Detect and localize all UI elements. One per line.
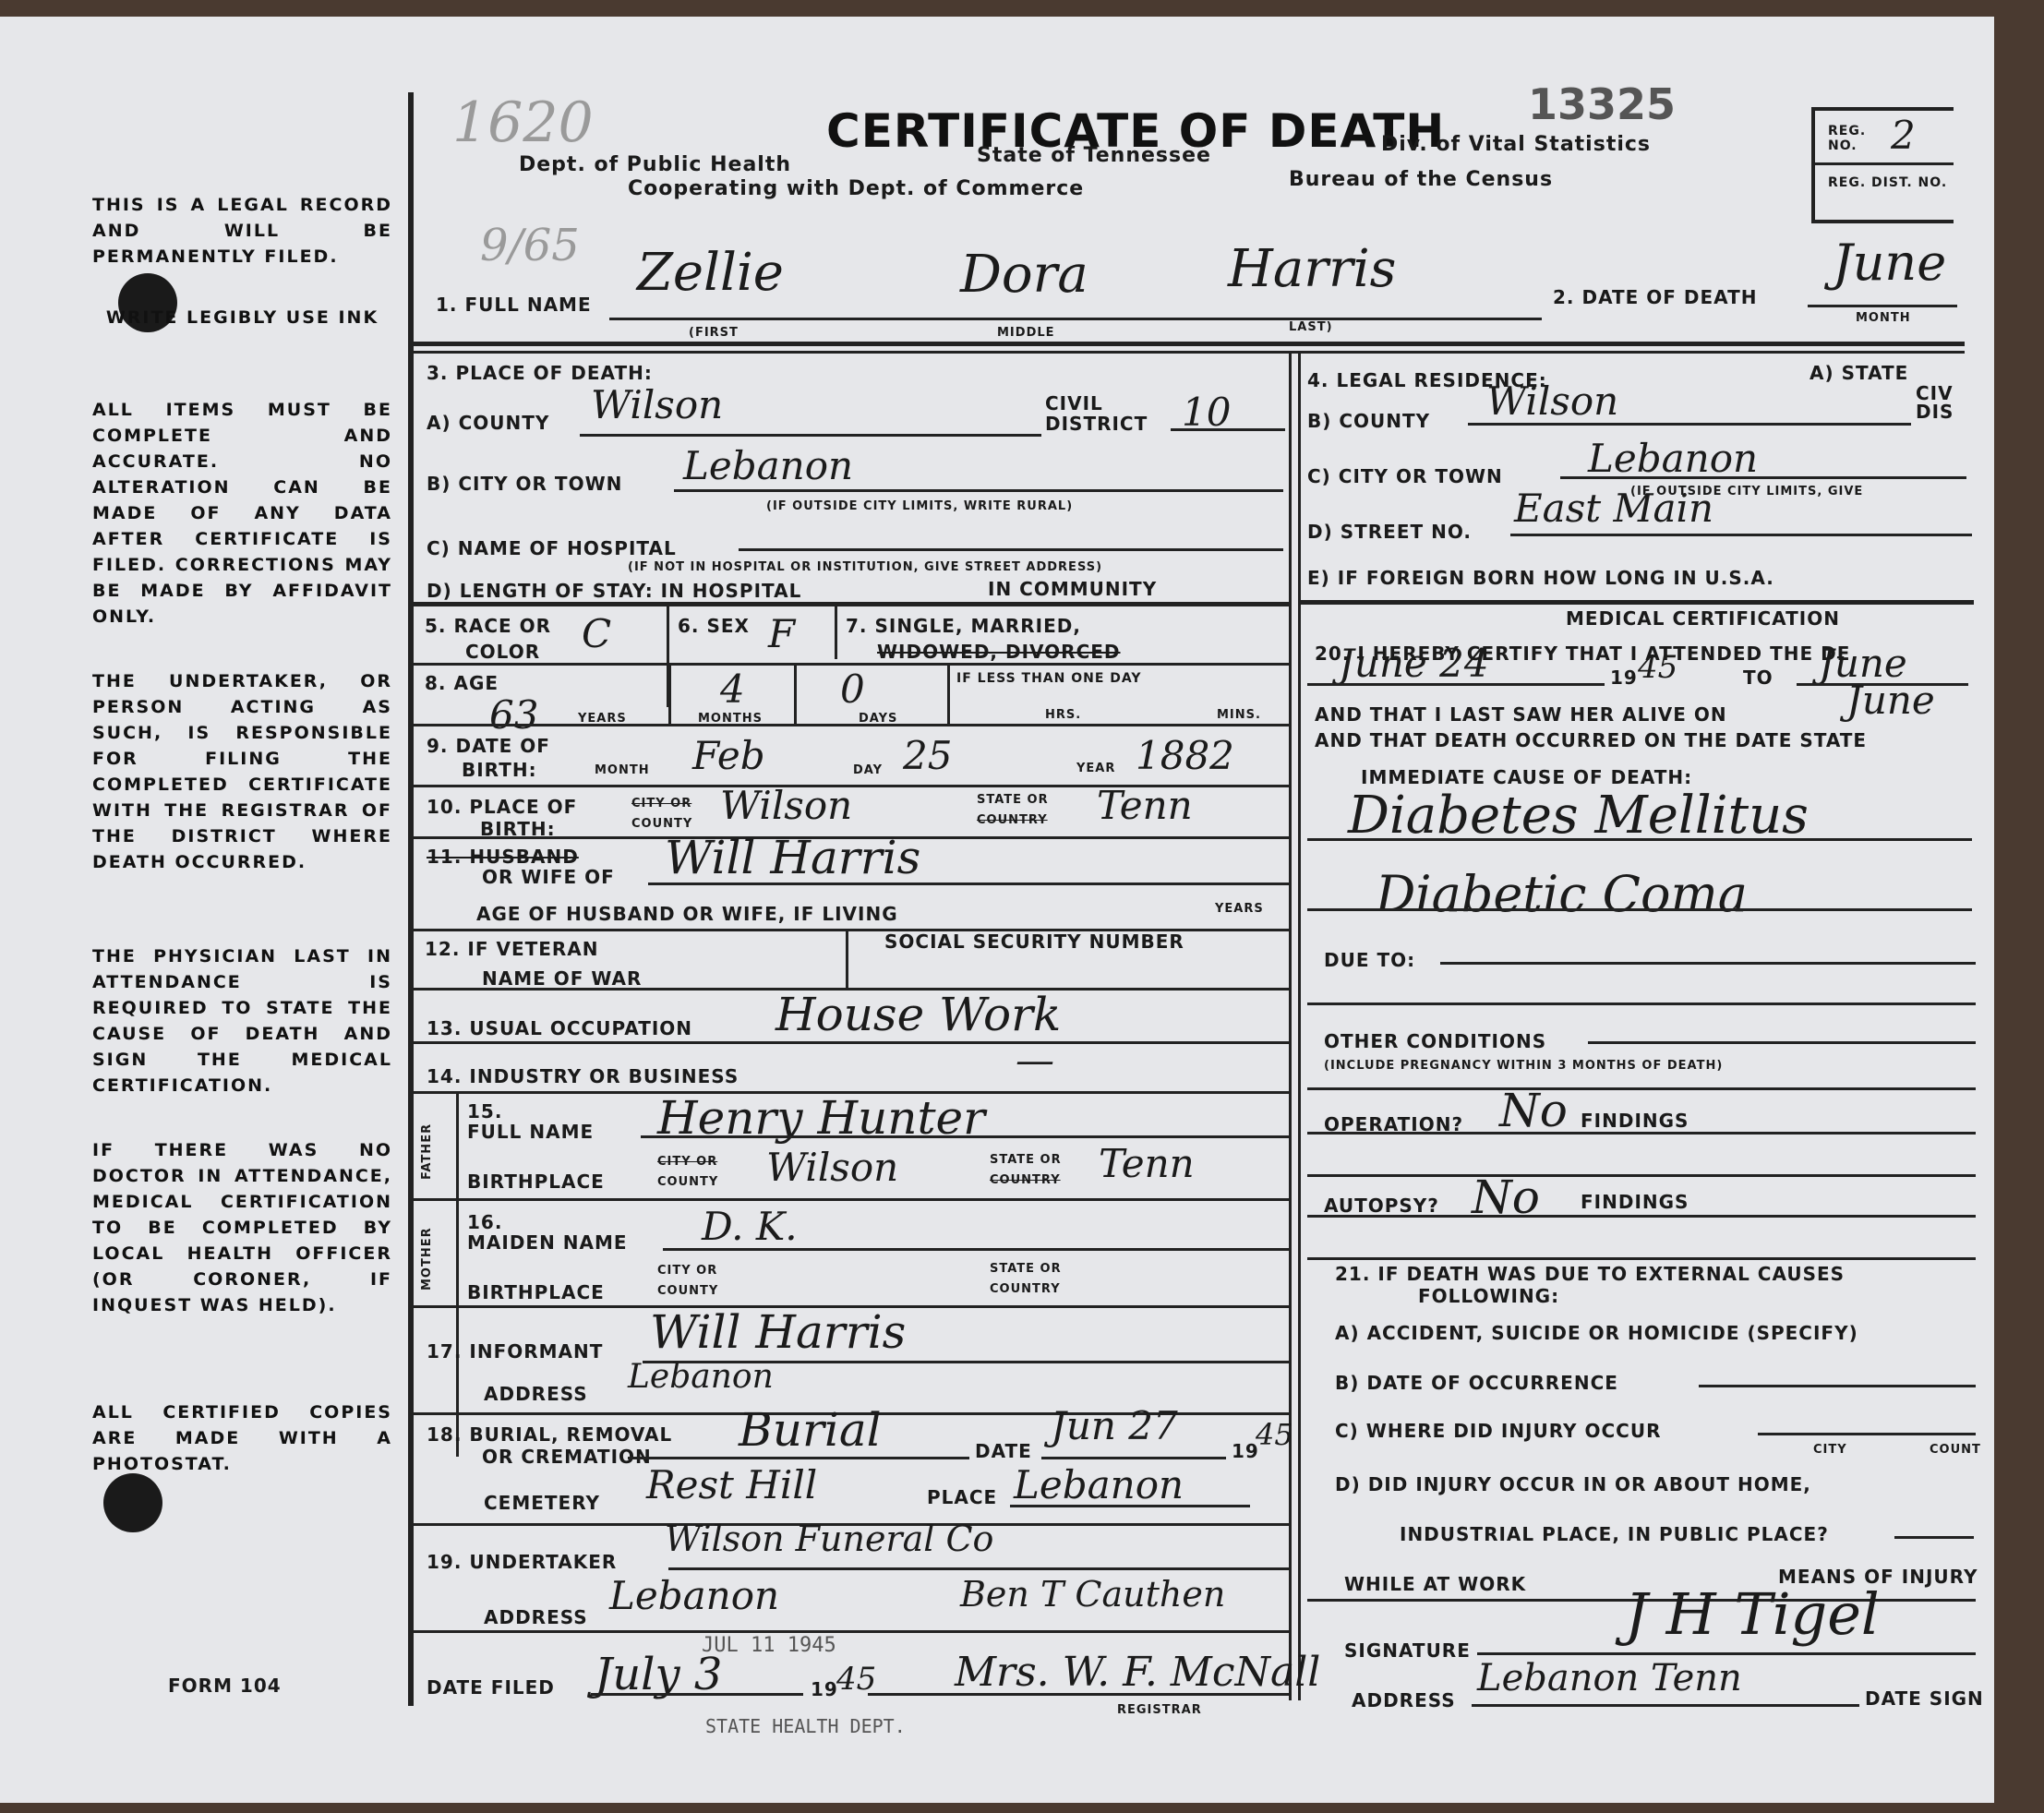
pencil-note: 1620: [452, 90, 594, 155]
occurrence-date-label: B) DATE OF OCCURRENCE: [1335, 1374, 1618, 1392]
cause-of-death-2: Diabetic Coma: [1376, 870, 1748, 919]
state-health-stamp: STATE HEALTH DEPT.: [705, 1715, 906, 1737]
burial-date-value: Jun 27: [1051, 1407, 1178, 1446]
father-county-value: Wilson: [766, 1148, 898, 1187]
mother-county-label: COUNTY: [657, 1285, 718, 1297]
autopsy-findings-label: FINDINGS: [1581, 1193, 1689, 1211]
dob-label-1: 9. DATE OF: [427, 737, 550, 755]
street-value: East Main: [1514, 489, 1713, 528]
pob-country-label: COUNTRY: [977, 814, 1048, 826]
in-community-label: IN COMMUNITY: [988, 580, 1157, 598]
spouse-value: Will Harris: [665, 834, 920, 881]
instruction-complete-accurate: ALL ITEMS MUST BE COMPLETE AND ACCURATE.…: [92, 397, 392, 630]
physician-signature: J H Tigel: [1625, 1586, 1880, 1643]
father-city-label: CITY OR: [657, 1156, 717, 1168]
undertaker-value: Wilson Funeral Co: [665, 1521, 993, 1556]
cemetery-value: Rest Hill: [646, 1466, 817, 1505]
date-filed-label: DATE FILED: [427, 1678, 555, 1697]
pob-state-value: Tenn: [1097, 786, 1193, 825]
instruction-physician: THE PHYSICIAN LAST IN ATTENDANCE IS REQU…: [92, 943, 392, 1099]
operation-label: OPERATION?: [1324, 1115, 1463, 1134]
color-label: COLOR: [465, 642, 540, 661]
father-country-label: COUNTRY: [990, 1174, 1061, 1186]
res-civ-dis-label: CIV DIS: [1916, 384, 1953, 421]
informant-address-label: ADDRESS: [484, 1385, 588, 1403]
pod-county-value: Wilson: [591, 386, 723, 425]
age-days-value: 0: [840, 670, 865, 709]
attended-from-date: June 24: [1339, 644, 1489, 683]
civil-district-value: 10: [1182, 393, 1231, 432]
undertaker-signature: Ben T Cauthen: [960, 1577, 1225, 1612]
war-label: NAME OF WAR: [482, 969, 642, 988]
external-causes-label: 21. IF DEATH WAS DUE TO EXTERNAL CAUSES: [1335, 1265, 1845, 1283]
pob-label-2: BIRTH:: [480, 820, 556, 838]
street-label: D) STREET NO.: [1307, 522, 1472, 541]
reg-no-value: 2: [1891, 116, 1916, 155]
last-seen-date: June: [1846, 681, 1935, 720]
pob-state-label: STATE OR: [977, 794, 1049, 806]
last-label: LAST): [1289, 321, 1333, 333]
form-number: FORM 104: [168, 1676, 282, 1695]
last-name-value: Harris: [1228, 244, 1396, 295]
mother-country-label: COUNTRY: [990, 1283, 1061, 1295]
middle-name-value: Dora: [960, 249, 1088, 301]
dob-label-2: BIRTH:: [462, 761, 537, 779]
wife-of-label: OR WIFE OF: [482, 868, 615, 886]
dob-day-label: DAY: [853, 764, 883, 776]
father-side-label: FATHER: [421, 1123, 433, 1180]
dept-public-health: Dept. of Public Health: [519, 155, 791, 175]
first-label: (FIRST: [689, 327, 739, 339]
sex-label: 6. SEX: [678, 617, 750, 635]
date-of-death-label: 2. DATE OF DEATH: [1553, 288, 1757, 306]
instruction-photostat: ALL CERTIFIED COPIES ARE MADE WITH A PHO…: [92, 1399, 392, 1477]
filed-year-prefix: 19: [811, 1680, 838, 1699]
father-state-label: STATE OR: [990, 1154, 1062, 1166]
burial-label-2: OR CREMATION: [482, 1447, 652, 1466]
form-border: [408, 92, 414, 1706]
res-city-value: Lebanon: [1588, 439, 1758, 478]
instruction-write-legibly: WRITE LEGIBLY USE INK: [92, 305, 392, 330]
less-than-day-label: IF LESS THAN ONE DAY: [956, 672, 1142, 685]
mother-num: 16.: [467, 1213, 502, 1231]
operation-findings-label: FINDINGS: [1581, 1111, 1689, 1130]
pob-label-1: 10. PLACE OF: [427, 798, 577, 816]
month-label: MONTH: [1856, 312, 1911, 324]
dob-month-label: MONTH: [595, 764, 650, 776]
accident-label: A) ACCIDENT, SUICIDE OR HOMICIDE (SPECIF…: [1335, 1324, 1858, 1342]
pod-city-label: B) CITY OR TOWN: [427, 474, 622, 493]
certificate-paper: THIS IS A LEGAL RECORD AND WILL BE PERMA…: [0, 17, 1994, 1803]
pob-county-value: Wilson: [720, 786, 852, 825]
due-to-label: DUE TO:: [1324, 951, 1415, 969]
informant-address-value: Lebanon: [628, 1361, 774, 1394]
cooperating-commerce: Cooperating with Dept. of Commerce: [628, 179, 1084, 199]
physician-address-label: ADDRESS: [1352, 1691, 1456, 1710]
hrs-label: HRS.: [1045, 709, 1081, 721]
dob-day-value: 25: [903, 737, 952, 775]
div-vital-statistics: Div. of Vital Statistics: [1381, 135, 1651, 155]
registration-box: REG. NO. 2 REG. DIST. NO.: [1811, 107, 1954, 223]
burial-date-label: DATE: [975, 1442, 1032, 1460]
marital-label-1: 7. SINGLE, MARRIED,: [846, 617, 1081, 635]
registrar-label: REGISTRAR: [1117, 1704, 1202, 1716]
punch-hole: [103, 1473, 162, 1532]
res-city-label: C) CITY OR TOWN: [1307, 467, 1503, 486]
race-label: 5. RACE OR: [425, 617, 551, 635]
spouse-age-label: AGE OF HUSBAND OR WIFE, IF LIVING: [476, 905, 898, 923]
occupation-value: House Work: [776, 991, 1061, 1038]
age-label: 8. AGE: [425, 674, 499, 692]
res-state-label: A) STATE: [1810, 364, 1908, 382]
filed-year-value: 45: [836, 1663, 876, 1695]
industry-value: —: [1016, 1041, 1054, 1080]
hospital-label: C) NAME OF HOSPITAL: [427, 539, 677, 558]
occupation-label: 13. USUAL OCCUPATION: [427, 1019, 692, 1038]
mother-city-label: CITY OR: [657, 1265, 717, 1277]
pob-city-label: CITY OR: [631, 798, 691, 810]
age-months-value: 4: [720, 670, 745, 709]
registrar-signature: Mrs. W. F. McNall: [955, 1652, 1320, 1693]
dob-year-label: YEAR: [1076, 762, 1115, 774]
other-conditions-note: (INCLUDE PREGNANCY WITHIN 3 MONTHS OF DE…: [1324, 1060, 1723, 1072]
hospital-note: (IF NOT IN HOSPITAL OR INSTITUTION, GIVE…: [628, 561, 1102, 573]
father-name-value: Henry Hunter: [657, 1095, 985, 1141]
undertaker-label: 19. UNDERTAKER: [427, 1553, 617, 1571]
res-county-value: Wilson: [1486, 382, 1618, 421]
injury-location-label: C) WHERE DID INJURY OCCUR: [1335, 1422, 1662, 1440]
full-name-label: 1. FULL NAME: [436, 295, 592, 314]
reg-no-label: REG. NO.: [1828, 124, 1883, 153]
industry-label: 14. INDUSTRY OR BUSINESS: [427, 1067, 739, 1086]
mother-name-label: MAIDEN NAME: [467, 1233, 628, 1252]
instruction-legal-record: THIS IS A LEGAL RECORD AND WILL BE PERMA…: [92, 192, 392, 270]
attended-year-prefix: 19: [1610, 668, 1638, 687]
following-label: FOLLOWING:: [1418, 1287, 1559, 1305]
last-saw-line: AND THAT I LAST SAW HER ALIVE ON: [1315, 705, 1727, 724]
undertaker-address-value: Lebanon: [609, 1577, 779, 1615]
pod-city-note: (IF OUTSIDE CITY LIMITS, WRITE RURAL): [766, 500, 1073, 512]
cemetery-label: CEMETERY: [484, 1494, 600, 1512]
first-name-value: Zellie: [637, 247, 784, 299]
length-of-stay-label: D) LENGTH OF STAY: IN HOSPITAL: [427, 582, 801, 600]
informant-label: 17. INFORMANT: [427, 1342, 603, 1361]
signature-label: SIGNATURE: [1344, 1641, 1471, 1660]
husband-label: 11. HUSBAND: [427, 847, 579, 866]
ssn-label: SOCIAL SECURITY NUMBER: [884, 932, 1184, 951]
death-occurred-line: AND THAT DEATH OCCURRED ON THE DATE STAT…: [1315, 731, 1867, 750]
county-label: COUNT: [1930, 1444, 1981, 1456]
marital-label-2: WIDOWED, DIVORCED: [877, 642, 1121, 661]
pod-county-label: A) COUNTY: [427, 414, 549, 432]
operation-value: No: [1499, 1087, 1568, 1134]
father-num: 15.: [467, 1102, 502, 1121]
undertaker-address-label: ADDRESS: [484, 1608, 588, 1627]
mins-label: MINS.: [1217, 709, 1261, 721]
bureau-census: Bureau of the Census: [1289, 170, 1553, 190]
reg-dist-label: REG. DIST. NO.: [1828, 175, 1948, 190]
mother-state-label: STATE OR: [990, 1263, 1062, 1275]
file-number: 13325: [1528, 79, 1676, 129]
date-signed-label: DATE SIGN: [1865, 1689, 1984, 1708]
civil-district-label: CIVIL DISTRICT: [1045, 393, 1174, 434]
city-label: CITY: [1813, 1444, 1847, 1456]
pencil-note: 9/65: [480, 220, 580, 271]
middle-label: MIDDLE: [997, 327, 1055, 339]
other-conditions-label: OTHER CONDITIONS: [1324, 1032, 1546, 1051]
industrial-place-label: INDUSTRIAL PLACE, IN PUBLIC PLACE?: [1400, 1525, 1829, 1543]
pod-city-value: Lebanon: [683, 447, 853, 486]
place-of-death-label: 3. PLACE OF DEATH:: [427, 364, 653, 382]
father-name-label: FULL NAME: [467, 1123, 594, 1141]
medical-heading: MEDICAL CERTIFICATION: [1566, 609, 1840, 628]
informant-value: Will Harris: [650, 1309, 906, 1355]
father-county-label: COUNTY: [657, 1176, 718, 1188]
dob-month-value: Feb: [692, 737, 765, 775]
autopsy-value: No: [1472, 1174, 1540, 1220]
place-label: PLACE: [927, 1488, 997, 1507]
immediate-cause-label: IMMEDIATE CAUSE OF DEATH:: [1361, 768, 1692, 786]
to-label: TO: [1743, 668, 1773, 687]
instruction-undertaker: THE UNDERTAKER, OR PERSON ACTING AS SUCH…: [92, 668, 392, 875]
state-of-tennessee: State of Tennessee: [977, 146, 1211, 166]
cause-of-death-1: Diabetes Mellitus: [1348, 790, 1809, 842]
father-state-value: Tenn: [1099, 1145, 1195, 1183]
foreign-born-label: E) IF FOREIGN BORN HOW LONG IN U.S.A.: [1307, 569, 1774, 587]
age-years-value: 63: [489, 696, 538, 735]
physician-address-value: Lebanon Tenn: [1477, 1660, 1742, 1697]
burial-value: Burial: [739, 1407, 882, 1453]
date-filed-value: July 3: [595, 1652, 722, 1697]
dob-year-value: 1882: [1136, 737, 1234, 775]
veteran-label: 12. IF VETERAN: [425, 940, 599, 958]
race-value: C: [582, 615, 611, 654]
date-of-death-month: June: [1833, 238, 1946, 288]
injury-home-label: D) DID INJURY OCCUR IN OR ABOUT HOME,: [1335, 1475, 1811, 1494]
mother-name-value: D. K.: [702, 1207, 798, 1246]
burial-year-value: 45: [1256, 1420, 1293, 1449]
instruction-no-doctor: IF THERE WAS NO DOCTOR IN ATTENDANCE, ME…: [92, 1137, 392, 1318]
pob-county-label: COUNTY: [631, 818, 692, 830]
father-birthplace-label: BIRTHPLACE: [467, 1172, 605, 1191]
spouse-years-label: YEARS: [1215, 903, 1264, 915]
res-county-label: B) COUNTY: [1307, 412, 1430, 430]
place-value: Lebanon: [1014, 1466, 1184, 1505]
burial-label-1: 18. BURIAL, REMOVAL: [427, 1425, 672, 1444]
while-at-work-label: WHILE AT WORK: [1344, 1575, 1526, 1593]
mother-side-label: MOTHER: [421, 1227, 433, 1291]
autopsy-label: AUTOPSY?: [1324, 1196, 1439, 1215]
sex-value: F: [768, 615, 795, 654]
attended-year: 45: [1638, 652, 1677, 683]
mother-birthplace-label: BIRTHPLACE: [467, 1283, 605, 1302]
